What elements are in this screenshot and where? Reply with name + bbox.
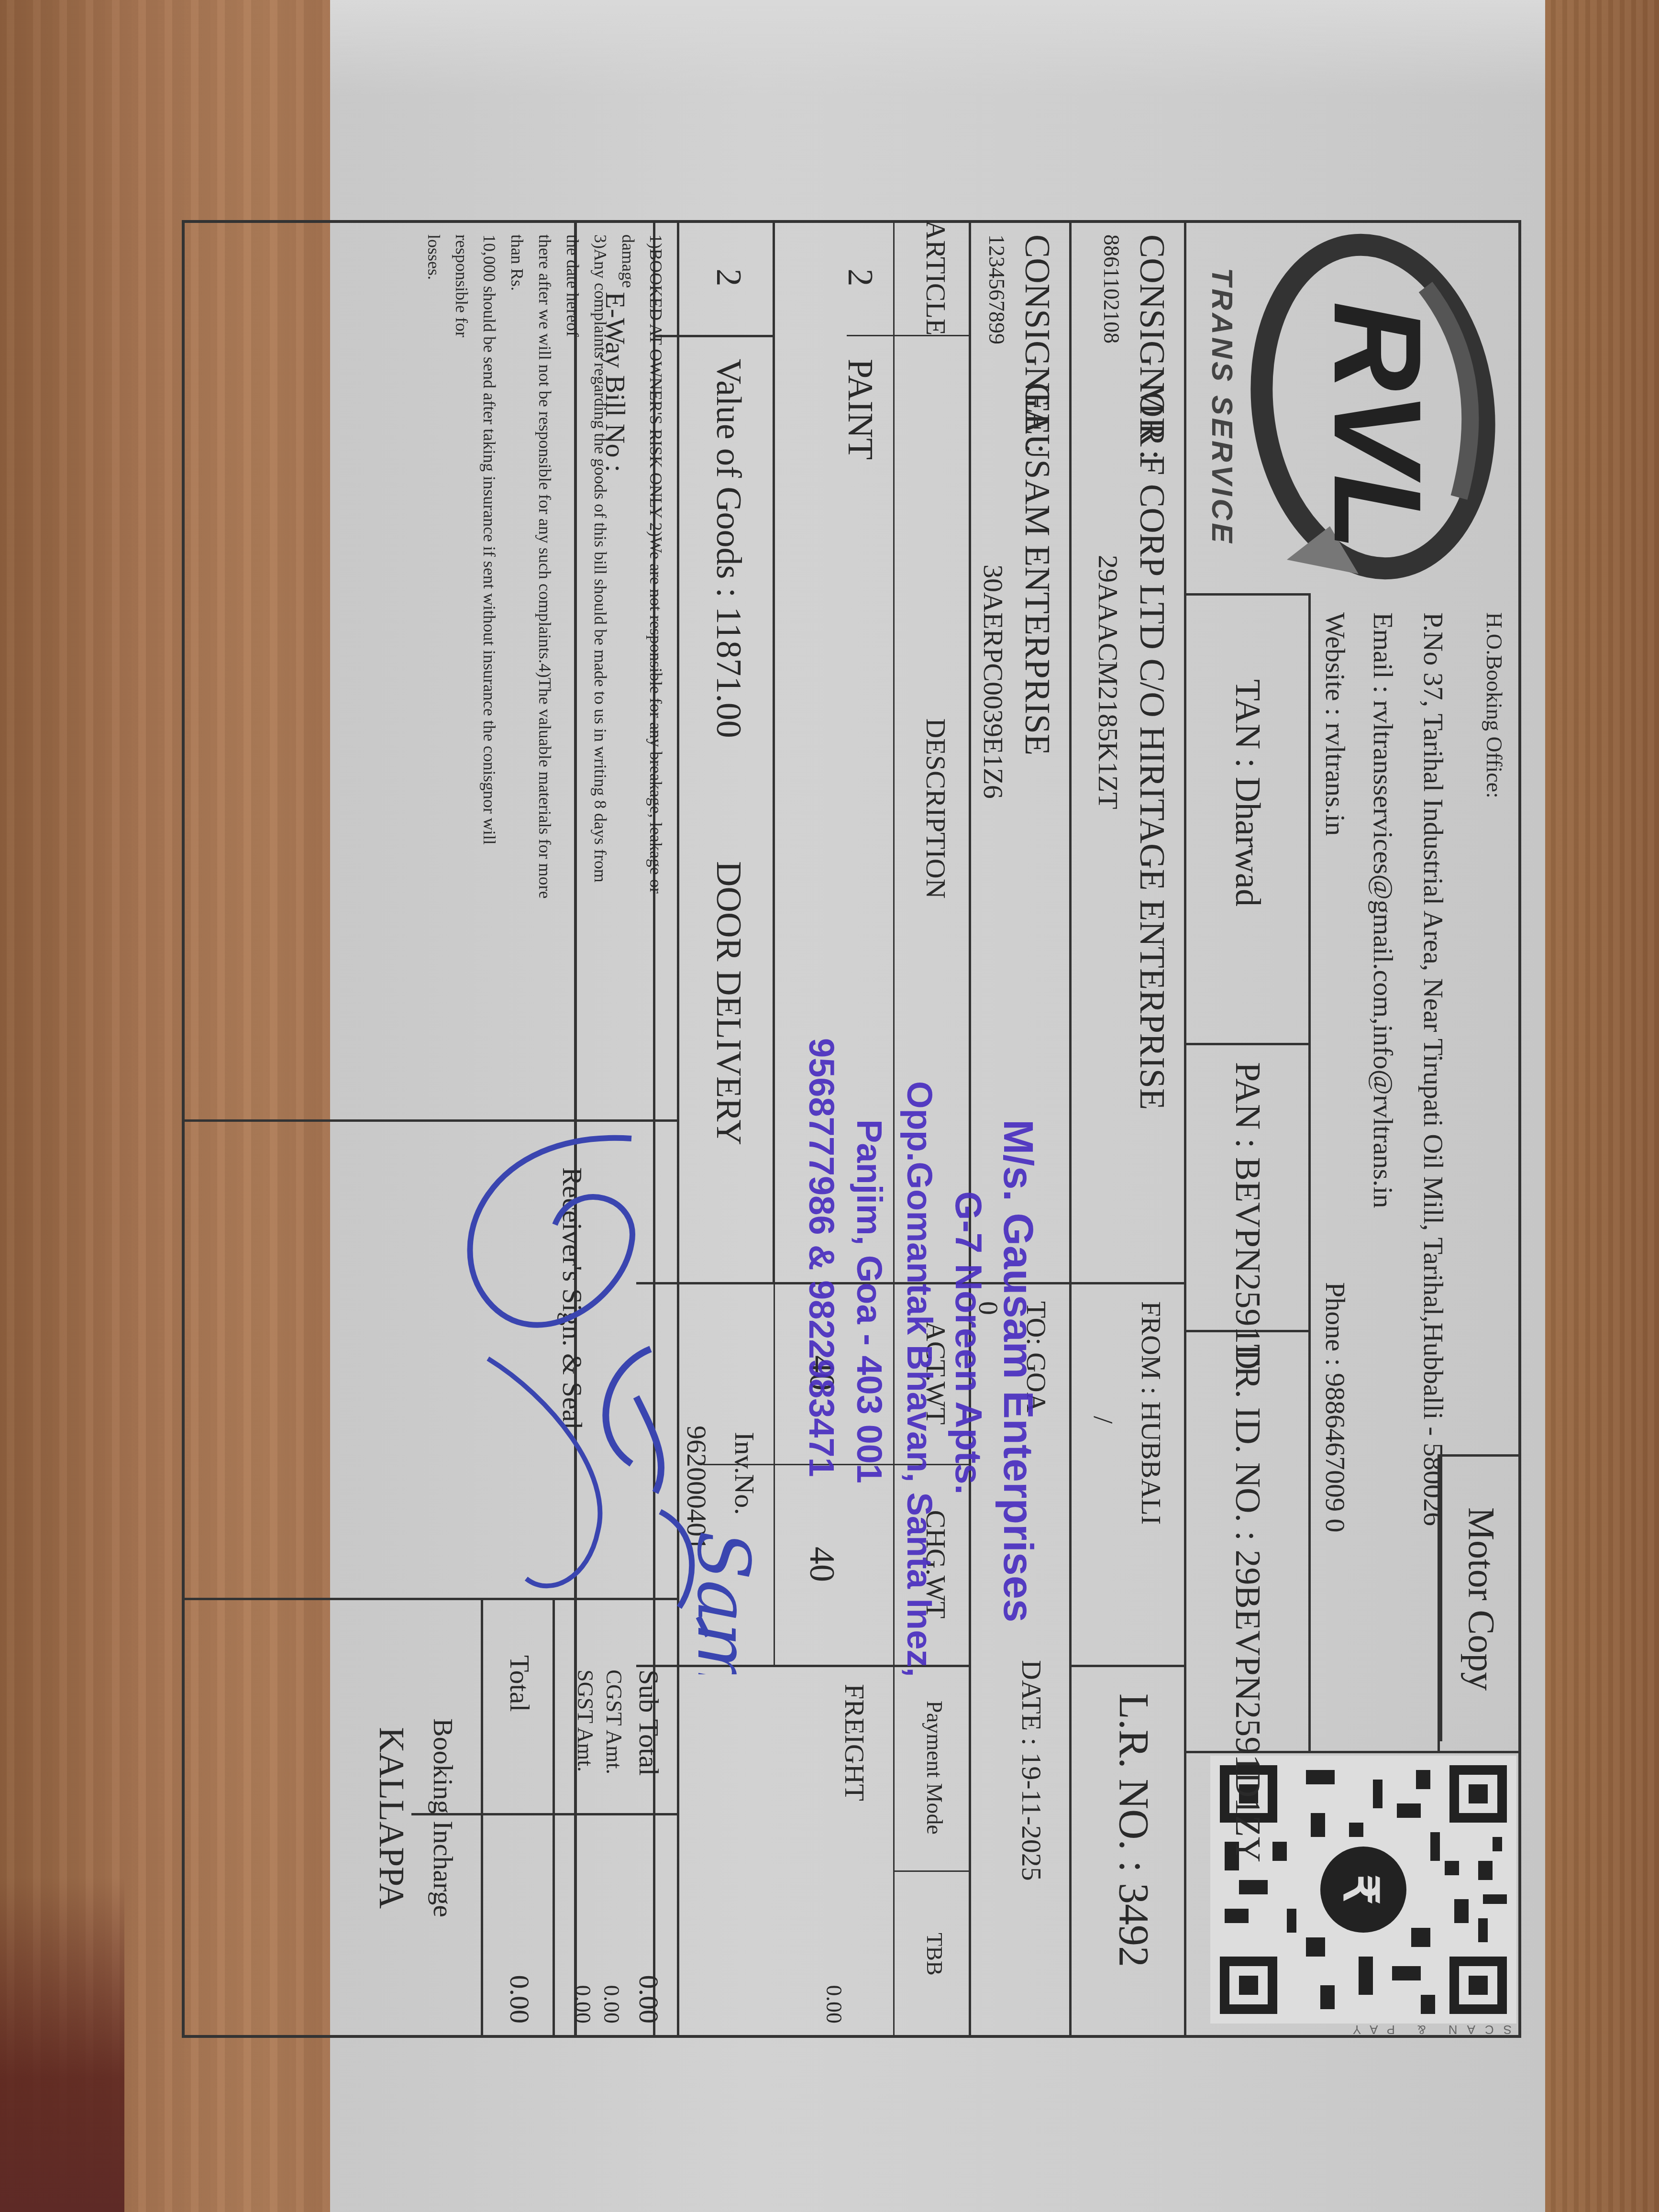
divider xyxy=(1186,593,1311,596)
value-of-goods: Value of Goods : 11871.00 xyxy=(708,359,749,738)
tan-number: TAN : Dharwad xyxy=(1227,679,1268,907)
article-count: 2 xyxy=(840,220,880,335)
sgst-label: SGST Amt. xyxy=(573,1670,598,1772)
from-location: FROM : HUBBALI xyxy=(1135,1301,1167,1525)
copy-label: Motor Copy xyxy=(1440,1454,1521,1741)
sgst-value: 0.00 xyxy=(570,1818,596,2024)
cgst-label: CGST Amt. xyxy=(601,1670,627,1774)
sub-total-label: Sub Total xyxy=(633,1670,665,1776)
divider xyxy=(1438,1454,1440,1751)
summary-articles: 2 xyxy=(708,220,749,335)
booking-incharge-name: KALLAPPA xyxy=(371,1598,411,2038)
consignee-phone: 1234567899 xyxy=(984,234,1009,344)
qr-side-text: SCAN & PAY xyxy=(1215,2024,1512,2037)
svg-text:RVL: RVL xyxy=(1308,301,1447,550)
signature-icon: Sami xyxy=(431,1100,861,1674)
total-value: 0.00 xyxy=(504,1818,536,2024)
pan-number: PAN : BEVPN2591D xyxy=(1227,1062,1268,1370)
consignee-gstin: 30AERPC0039E1Z6 xyxy=(977,564,1009,799)
svg-text:Sami: Sami xyxy=(681,1531,764,1674)
consignee-name: GAUSAM ENTERPRISE xyxy=(1017,383,1057,755)
svg-text:₹: ₹ xyxy=(1334,1874,1387,1905)
wooden-table-right xyxy=(1539,0,1659,2212)
divider xyxy=(1069,220,1072,2038)
paper-fold xyxy=(330,0,1545,96)
company-tagline: TRANS SERVICE xyxy=(1205,239,1239,574)
cgst-value: 0.00 xyxy=(599,1818,624,2024)
terms-conditions: 1)BOOKED AT OWNER'S RISK ONLY 2)We are n… xyxy=(420,234,670,904)
divider xyxy=(1072,1665,1186,1667)
consignor-gstin: 29AAACM2185K1ZT xyxy=(1092,555,1124,809)
company-phone: Phone : 9886467009 0 xyxy=(1319,1282,1351,1533)
company-website: Website : rvltrans.in xyxy=(1319,612,1351,836)
divider xyxy=(1308,593,1311,1751)
divider xyxy=(1186,1043,1311,1045)
company-email: Email : rvltransservices@gmail.com,info@… xyxy=(1367,612,1399,1208)
goods-description: PAINT xyxy=(840,359,880,460)
lr-number: L.R. NO. : 3492 xyxy=(1109,1693,1158,1967)
sub-total-value: 0.00 xyxy=(633,1818,665,2024)
tr-id-number: TR. ID. NO. : 29BEVPN2591D1ZY xyxy=(1227,1344,1268,1862)
consignor-name: M R F CORP LTD C/O HIRITAGE ENTERPRISE xyxy=(1131,383,1172,1110)
consignor-phone: 8861102108 xyxy=(1099,234,1124,343)
office-label: H.O.Booking Office: xyxy=(1482,612,1507,798)
from-extra: / xyxy=(1087,1416,1119,1424)
shadow-corner xyxy=(0,1877,124,2212)
col-article: ARTICLE xyxy=(920,220,952,335)
divider xyxy=(847,335,971,336)
divider xyxy=(1184,220,1186,2038)
company-address: P.No 37, Tarihal Industrial Area, Near T… xyxy=(1417,612,1449,1526)
